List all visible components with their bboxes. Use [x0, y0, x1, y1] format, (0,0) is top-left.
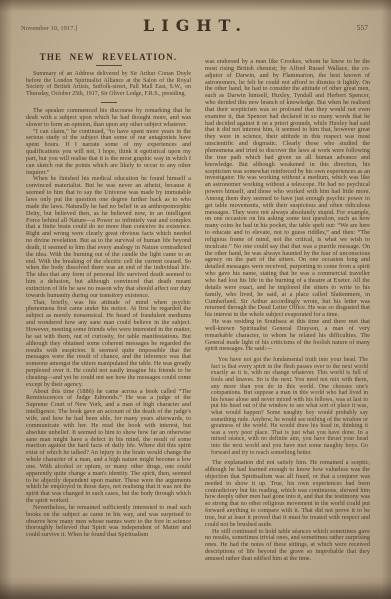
title-rule	[96, 65, 122, 66]
two-column-text-area: THE NEW REVELATION. Summary of an Addres…	[0, 46, 391, 563]
right-column: was endorsed by a man like Crookes, whom…	[205, 50, 370, 563]
general-drayson-quote: You have not got the fundamental truth i…	[211, 357, 368, 456]
page-header: November 10, 1917.] LIGHT. 557	[0, 0, 391, 46]
paragraph: That, briefly, was his attitude of mind …	[26, 300, 191, 389]
paragraph: When he finished his medical education h…	[26, 176, 191, 299]
scanned-journal-page: November 10, 1917.] LIGHT. 557 THE NEW R…	[0, 0, 391, 599]
paragraph: “I can claim,” he continued, “to have sp…	[26, 129, 191, 177]
paragraph: About this time (1886) he came across a …	[26, 389, 191, 505]
paragraph: He still continued to hold table séances…	[205, 529, 370, 563]
paragraph: He was residing in Southsea at this time…	[205, 319, 370, 353]
article-title: THE NEW REVELATION.	[26, 52, 191, 62]
paragraph-continuation: was endorsed by a man like Crookes, whom…	[205, 59, 370, 319]
article-summary: Summary of an Address delivered by Sir A…	[26, 71, 191, 97]
paragraph: The speaker commenced his discourse by r…	[26, 108, 191, 129]
left-column: THE NEW REVELATION. Summary of an Addres…	[26, 50, 191, 563]
section-divider	[101, 102, 117, 103]
paragraph: The explanation did not satisfy him. He …	[205, 460, 370, 528]
page-number: 557	[357, 23, 368, 32]
paragraph: Nevertheless, he remained sufficiently i…	[26, 505, 191, 539]
masthead-title: LIGHT.	[0, 16, 391, 35]
